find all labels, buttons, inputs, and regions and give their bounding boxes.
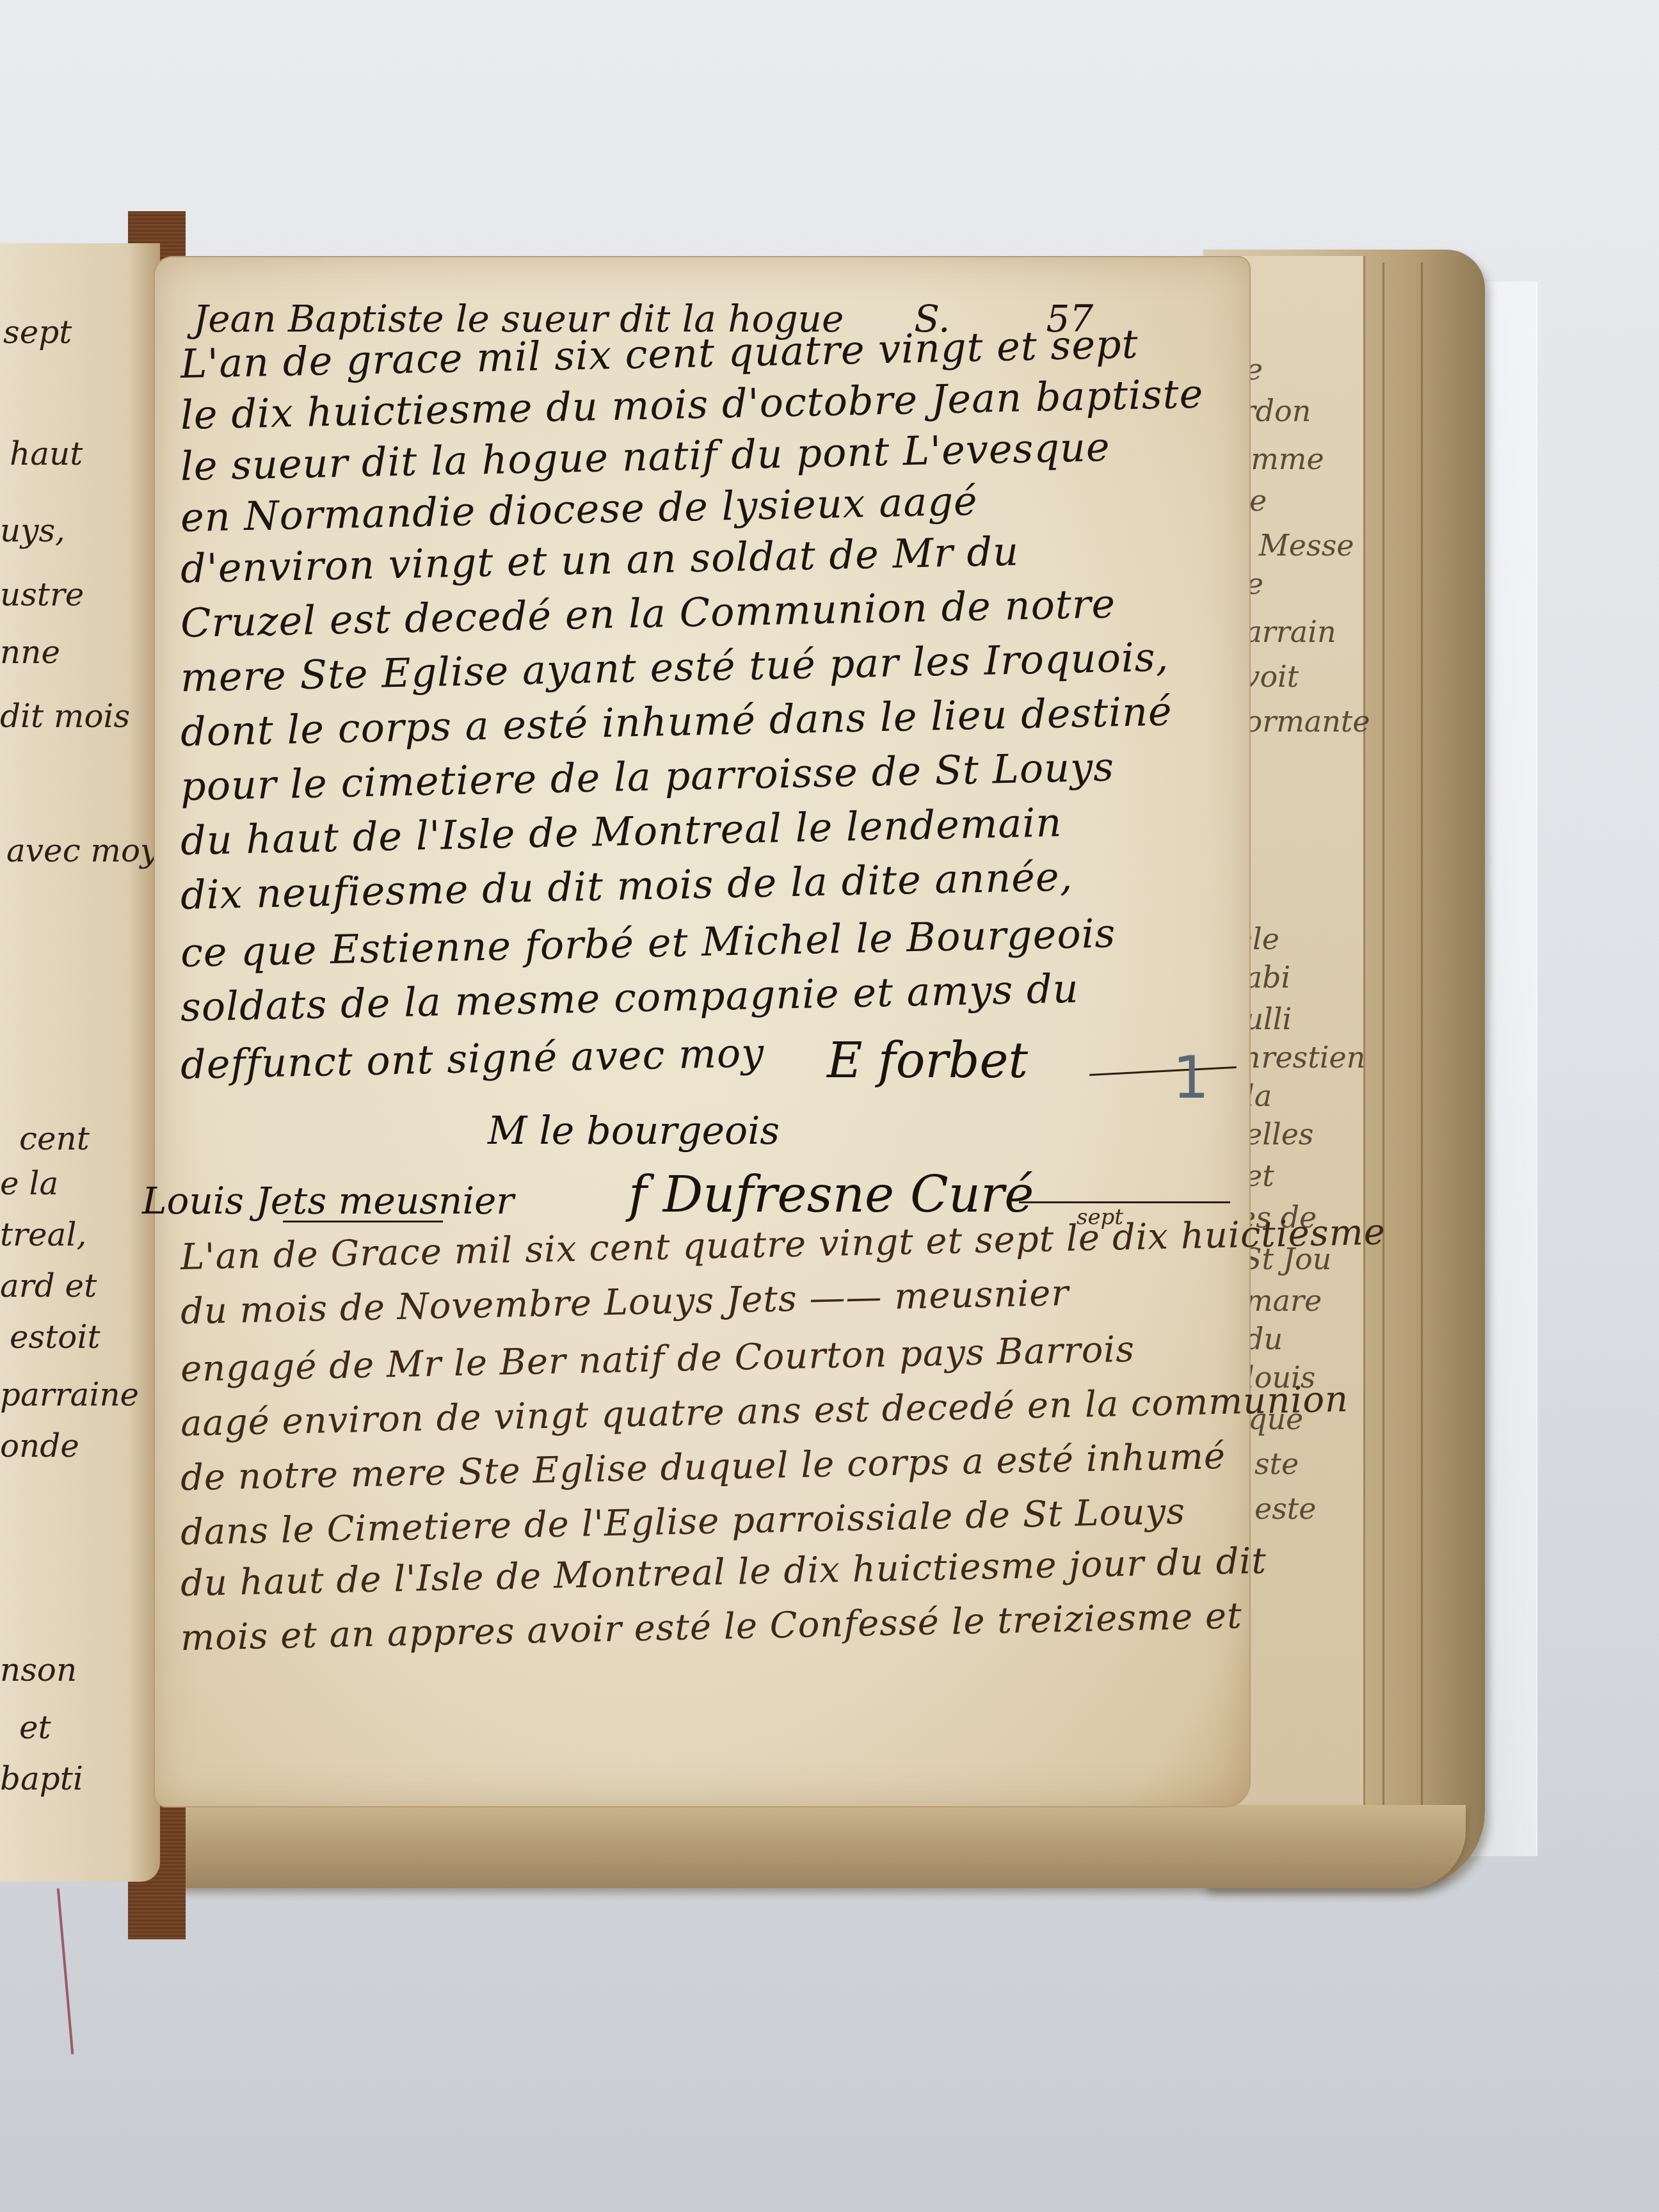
entry-line: soldats de la mesme compagnie et amys du [180, 965, 1079, 1030]
entry-line: mois et an appres avoir esté le Confessé… [180, 1595, 1242, 1659]
left-page-fragment: onde [0, 1427, 79, 1464]
entry-line: de notre mere Ste Eglise duquel le corps… [180, 1436, 1226, 1499]
signature-le-bourgeois: M le bourgeois [488, 1109, 780, 1153]
right-edge-fragment: mare [1245, 1283, 1322, 1318]
signature-flourish [1089, 1066, 1237, 1076]
margin-name-underline [283, 1221, 443, 1222]
entry-line: ce que Estienne forbé et Michel le Bourg… [180, 910, 1116, 976]
entry-line: du haut de l'Isle de Montreal le lendema… [180, 799, 1062, 864]
right-edge-fragment: este [1254, 1491, 1317, 1526]
right-edge-fragment: ste [1254, 1447, 1299, 1481]
left-page-fragment: dit mois [0, 698, 130, 735]
signature-flourish [1019, 1201, 1230, 1203]
left-page-fragment: bapti [0, 1760, 83, 1797]
left-page-fragment: et [19, 1709, 51, 1746]
photo-scene: ce urdon femme ste la Messe rie parrain … [0, 0, 1659, 2212]
page-edge [1421, 262, 1423, 1863]
book-bottom-edge [154, 1805, 1466, 1888]
entry-line: dix neufiesme du dit mois de la dite ann… [180, 853, 1073, 918]
left-page-fragment: ard et [0, 1267, 97, 1304]
left-page-fragment: uys, [0, 512, 65, 549]
left-page-fragment: avec moy [6, 832, 158, 869]
left-page-fragment: ustre [0, 576, 84, 613]
entry-line: engagé de Mr le Ber natif de Courton pay… [180, 1329, 1135, 1390]
left-page-fragment: treal, [0, 1216, 86, 1253]
left-page-fragment: cent [19, 1120, 90, 1157]
left-page-fragment: nson [0, 1651, 77, 1688]
left-page-fragment: nne [0, 634, 60, 671]
signature-forbet: E forbet [827, 1032, 1028, 1089]
page-edge [1382, 262, 1384, 1863]
right-edge-fragment: elles [1245, 1117, 1313, 1151]
entry-line: Cruzel est decedé en la Communion de not… [180, 580, 1116, 646]
signature-cure: f Dufresne Curé [629, 1166, 1034, 1224]
left-page-fragment: sept [3, 314, 72, 351]
entry-line: pour le cimetiere de la parroisse de St … [180, 743, 1114, 810]
left-page-fragment: estoit [10, 1318, 100, 1356]
entry-line: aagé environ de vingt quatre ans est dec… [180, 1379, 1349, 1445]
margin-name-entry-2: Louis Jets meusnier [142, 1179, 514, 1222]
register-page: Jean Baptiste le sueur dit la hogue S. 5… [154, 256, 1251, 1807]
left-page-fragment: haut [10, 435, 83, 472]
left-page-fragment: e la [0, 1165, 58, 1202]
left-page-fragment: parraine [0, 1376, 139, 1413]
loose-binding-thread [57, 1888, 74, 2054]
entry-line: dans le Cimetiere de l'Eglise parroissia… [180, 1491, 1185, 1553]
left-verso-page: sept haut uys, ustre nne dit mois avec m… [0, 243, 160, 1882]
entry-line: du mois de Novembre Louys Jets —— meusni… [180, 1272, 1069, 1333]
pencil-annotation: 1 [1173, 1045, 1209, 1112]
entry-line: deffunct ont signé avec moy [180, 1029, 765, 1088]
